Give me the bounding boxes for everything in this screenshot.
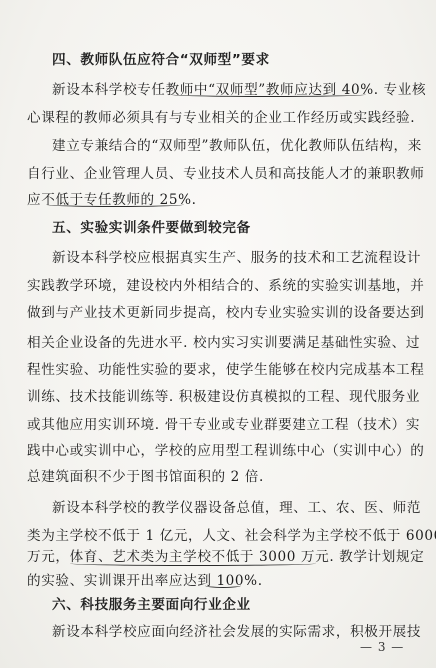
scanned-document-page: 四、教师队伍应符合“双师型”要求 新设本科学校专任教师中“双师型”教师应达到 4… xyxy=(0,0,436,668)
paragraph-line: 新设本科学校的教学仪器设备总值，理、工、农、医、师范 xyxy=(52,499,401,517)
handwritten-underline xyxy=(205,583,241,588)
section-heading-6: 六、科技服务主要面向行业企业 xyxy=(52,596,251,614)
paragraph-line: 建立专兼结合的“双师型”教师队伍，优化教师队伍结构，来 xyxy=(52,137,401,155)
paragraph-line: 新设本科学校应面向经济社会发展的实际需求，积极开展技 xyxy=(52,623,401,641)
paragraph-line: 总建筑面积不少于图书馆面积的 2 倍. xyxy=(27,468,401,486)
paragraph-line: 相关企业设备的先进水平. 校内实习实训要满足基础性实验、过 xyxy=(27,334,401,352)
handwritten-underline xyxy=(46,202,184,207)
section-heading-4: 四、教师队伍应符合“双师型”要求 xyxy=(52,51,270,69)
page-number: — 3 — xyxy=(360,640,404,654)
paragraph-line: 或其他应用实训环境. 骨干专业或专业群要建立工程（技术）实 xyxy=(27,416,401,434)
paragraph-line: 做到与产业技术更新同步提高，校内专业实验实训的设备要达到 xyxy=(27,304,401,322)
paragraph-line: 训练、技术技能训练等. 积极建设仿真模拟的工程、现代服务业 xyxy=(27,388,401,406)
paragraph-line: 自行业、企业管理人员、专业技术人员和高技能人才的兼职教师 xyxy=(27,165,401,183)
paragraph-line: 类为主学校不低于 1 亿元，人文、社会科学为主学校不低于 6000 xyxy=(27,527,401,545)
section-heading-5: 五、实验实训条件要做到较完备 xyxy=(52,219,251,237)
paragraph-line: 实践教学环境，建设校内外相结合的、系统的实验实训基地，并 xyxy=(27,277,401,295)
handwritten-underline xyxy=(170,92,366,97)
paragraph-line: 践中心或实训中心，学校的应用型工程训练中心（实训中心）的 xyxy=(27,442,401,460)
paragraph-line: 心课程的教师必须具有与专业相关的企业工作经历或实践经验. xyxy=(27,109,401,127)
paragraph-line: 程性实验、功能性实验的要求，使学生能够在校内完成基本工程 xyxy=(27,361,401,379)
paragraph-line: 新设本科学校应根据真实生产、服务的技术和工艺流程设计 xyxy=(52,249,401,267)
handwritten-underline xyxy=(70,561,316,566)
